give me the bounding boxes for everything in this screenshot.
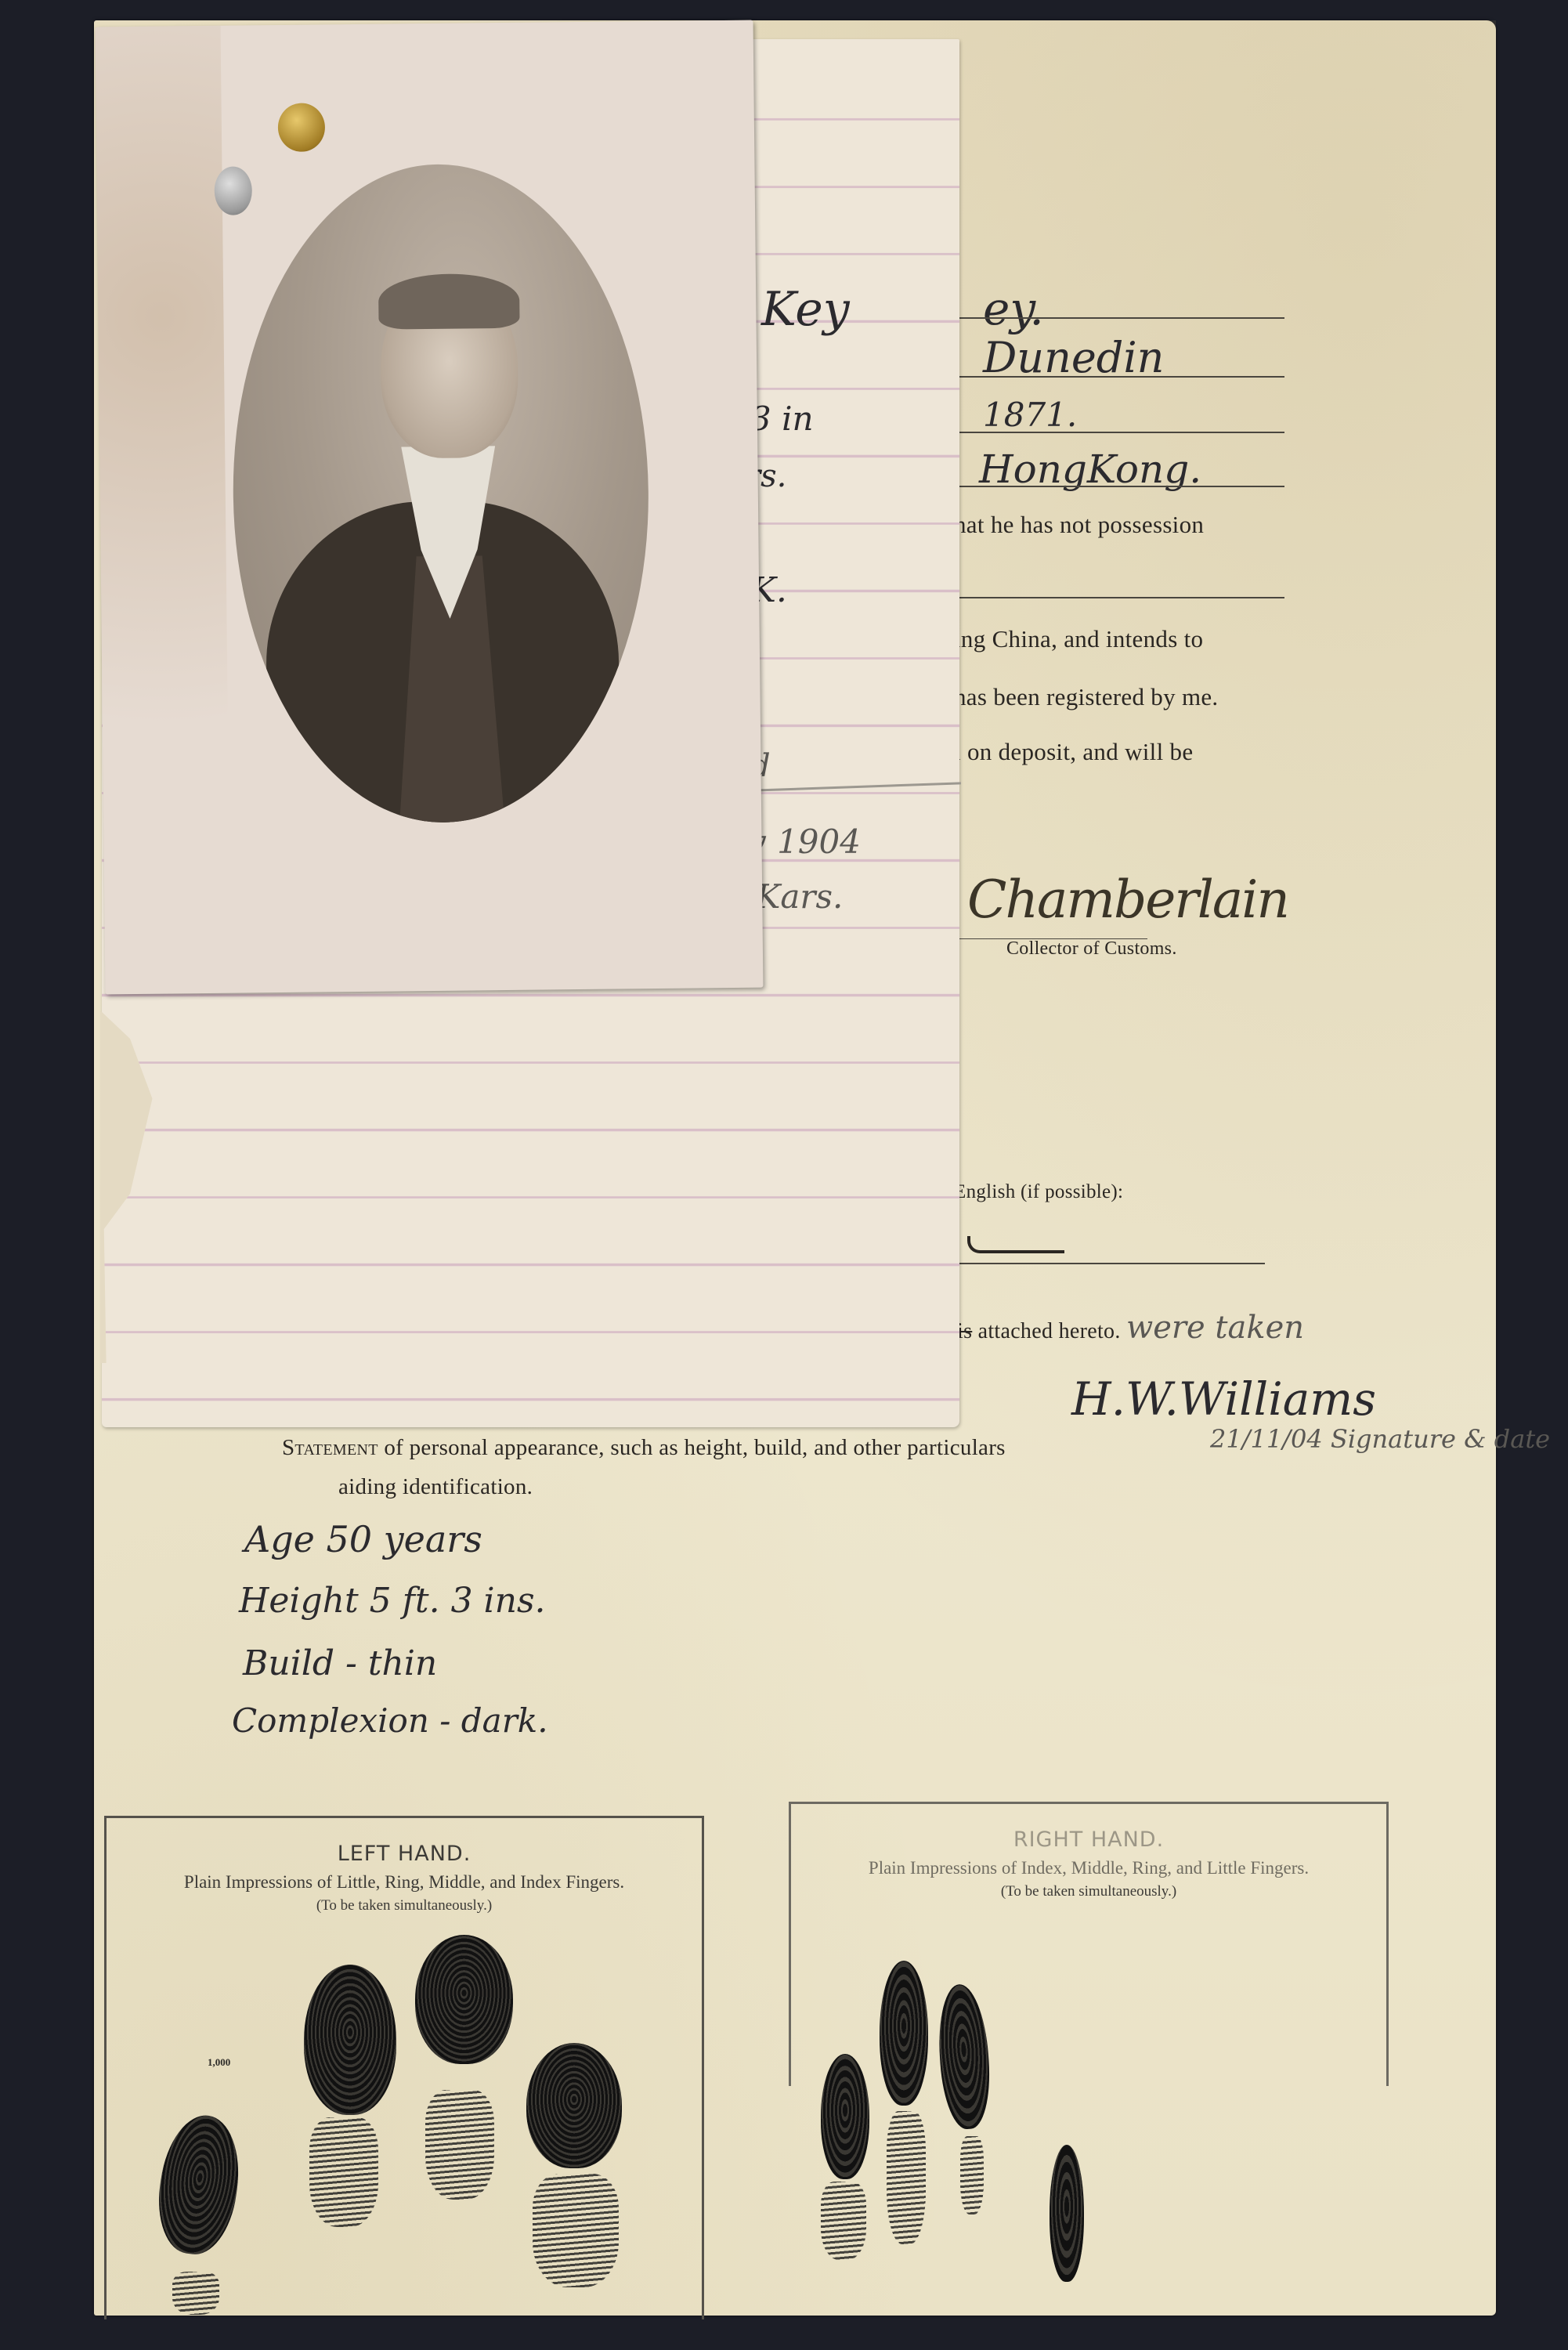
printed-line-4: l on deposit, and will be: [954, 738, 1193, 766]
appearance-age: Age 50 years: [244, 1518, 482, 1560]
fingerprint-right-middle-lower: [887, 2111, 926, 2244]
fingerprint-right-ring-lower: [960, 2136, 984, 2214]
english-label: English (if possible):: [954, 1181, 1123, 1203]
note-line-2: 3 in: [750, 399, 814, 438]
attached-text: attached hereto.: [978, 1319, 1121, 1343]
note-line-6: v 1904: [748, 822, 861, 861]
printed-line-2: ing China, and intends to: [954, 625, 1203, 653]
printed-line-3: has been registered by me.: [954, 683, 1218, 711]
fingerprint-right-index: [821, 2054, 869, 2179]
appearance-complexion: Complexion - dark.: [232, 1701, 548, 1740]
fingerprint-left-little-lower: [172, 2272, 219, 2315]
photo-card: [96, 20, 764, 995]
attached-line: is attached hereto.: [957, 1319, 1121, 1344]
collector-label: Collector of Customs.: [1006, 938, 1177, 960]
fingerprint-left-middle: [415, 1935, 513, 2064]
appearance-build: Build - thin: [243, 1643, 437, 1683]
printed-line-1: hat he has not possession: [954, 511, 1204, 539]
statement-text-line2: aiding identification.: [338, 1474, 533, 1500]
fingerprint-left-index-lower: [533, 2174, 619, 2287]
steel-rivet-icon: [214, 166, 252, 215]
collector-signature: Chamberlain: [967, 869, 1288, 930]
right-hand-fingerprint-box: RIGHT HAND. Plain Impressions of Index, …: [789, 1802, 1389, 2086]
left-hand-note: (To be taken simultaneously.): [107, 1897, 702, 1914]
form-rule: [948, 317, 1284, 319]
handwritten-name-fragment: ey.: [983, 282, 1044, 335]
statement-heading: Statement of personal appearance, such a…: [282, 1435, 1006, 1461]
handwritten-place: Dunedin: [983, 333, 1164, 382]
form-rule: [948, 432, 1284, 433]
left-hand-subtitle: Plain Impressions of Little, Ring, Middl…: [107, 1872, 702, 1893]
fingerprint-left-index: [526, 2043, 622, 2168]
williams-signature: H.W.Williams: [1071, 1372, 1376, 1426]
right-hand-note: (To be taken simultaneously.): [791, 1883, 1386, 1900]
fingerprint-left-middle-lower: [425, 2090, 494, 2200]
brass-rivet-icon: [278, 103, 326, 152]
statement-smallcaps: Statement: [282, 1435, 378, 1460]
fingerprint-right-little: [1050, 2145, 1084, 2282]
form-rule: [948, 597, 1284, 598]
handwritten-dash-mark: [967, 1236, 1064, 1253]
appearance-height: Height 5 ft. 3 ins.: [239, 1581, 546, 1621]
right-hand-title: RIGHT HAND.: [791, 1828, 1386, 1852]
note-line-1: Key: [761, 282, 850, 337]
right-hand-subtitle: Plain Impressions of Index, Middle, Ring…: [791, 1858, 1386, 1878]
form-rule: [948, 376, 1284, 378]
english-rule: [956, 1263, 1265, 1264]
fingerprint-right-middle: [880, 1961, 928, 2106]
form-rule: [948, 486, 1284, 487]
fingerprint-right-index-lower: [821, 2182, 866, 2260]
handwritten-were-taken: were taken: [1126, 1310, 1304, 1346]
statement-text: of personal appearance, such as height, …: [384, 1435, 1005, 1460]
fingerprint-left-ring: [304, 1965, 396, 2115]
note-line-7: Kars.: [756, 877, 843, 916]
williams-date-note: 21/11/04 Signature & date: [1210, 1424, 1550, 1454]
handwritten-year: 1871.: [983, 396, 1077, 434]
portrait-photograph: [229, 162, 652, 825]
left-hand-mark: 1,000: [208, 2056, 230, 2069]
left-hand-title: LEFT HAND.: [107, 1842, 702, 1866]
portrait-hair: [378, 273, 520, 330]
fingerprint-left-ring-lower: [309, 2117, 378, 2227]
